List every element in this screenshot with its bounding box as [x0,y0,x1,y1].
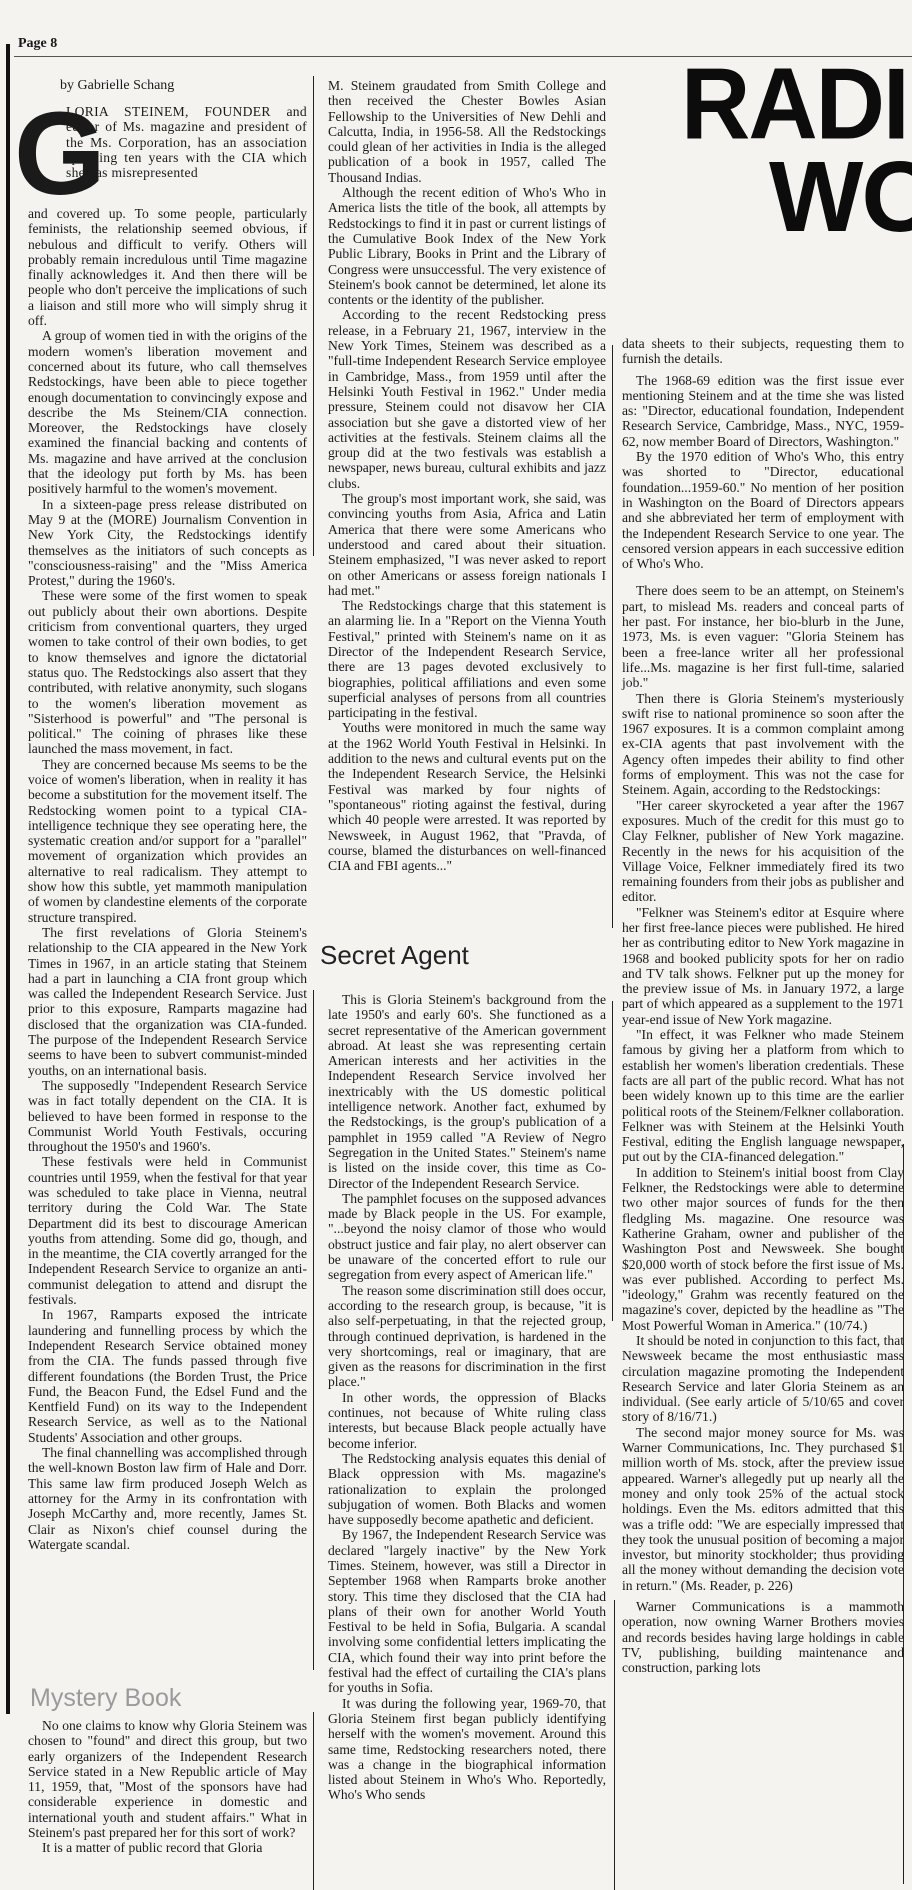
paragraph: In a sixteen-page press release distribu… [28,497,307,589]
subhead-secret-agent: Secret Agent [320,940,469,971]
paragraph: and covered up. To some people, particul… [28,206,307,328]
paragraph: It is a matter of public record that Glo… [28,1840,307,1855]
lead-paragraph: LORIA STEINEM, FOUNDER and editor of Ms.… [66,104,307,180]
paragraph: data sheets to their subjects, requestin… [622,336,904,367]
paragraph: "Felkner was Steinem's editor at Esquire… [622,905,904,1027]
paragraph: M. Steinem graudated from Smith College … [328,78,606,185]
paragraph: Although the recent edition of Who's Who… [328,185,606,307]
left-margin-rule [6,44,10,1714]
paragraph: Warner Communications is a mammoth opera… [622,1599,904,1675]
paragraph: It was during the following year, 1969-7… [328,1696,606,1803]
paragraph: The second major money source for Ms. wa… [622,1425,904,1593]
paragraph: By the 1970 edition of Who's Who, this e… [622,449,904,571]
paragraph: They are concerned because Ms seems to b… [28,757,307,925]
paragraph: These festivals were held in Communist c… [28,1154,307,1307]
column-rule [614,1600,615,1890]
paragraph: In 1967, Ramparts exposed the intricate … [28,1307,307,1445]
paragraph: This is Gloria Steinem's background from… [328,992,606,1191]
column-rule [313,76,314,556]
column-rule [612,1001,613,1321]
paragraph: A group of women tied in with the origin… [28,328,307,496]
paragraph: These were some of the first women to sp… [28,588,307,756]
page-number: Page 8 [18,36,57,52]
paragraph: "In effect, it was Felkner who made Stei… [622,1027,904,1165]
column-rule [313,1712,314,1890]
newspaper-page: Page 8 RADI WO by Gabrielle Schang G LOR… [0,0,912,1890]
headline-line-2: WO [769,150,912,244]
article-column-2: M. Steinem graudated from Smith College … [328,78,606,873]
paragraph: The reason some discrimination still doe… [328,1283,606,1390]
paragraph: No one claims to know why Gloria Steinem… [28,1718,307,1840]
paragraph: The first revelations of Gloria Steinem'… [28,925,307,1078]
headline-line-1: RADI [681,58,908,153]
paragraph: In other words, the oppression of Blacks… [328,1390,606,1451]
paragraph: The pamphlet focuses on the supposed adv… [328,1191,606,1283]
paragraph: The supposedly "Independent Research Ser… [28,1078,307,1154]
paragraph: Youths were monitored in much the same w… [328,720,606,873]
paragraph: The 1968-69 edition was the first issue … [622,373,904,449]
paragraph: Then there is Gloria Steinem's mysteriou… [622,691,904,798]
paragraph: It should be noted in conjunction to thi… [622,1333,904,1425]
column-rule [612,345,613,928]
article-column-2-continued: This is Gloria Steinem's background from… [328,992,606,1803]
subhead-mystery-book: Mystery Book [30,1684,181,1713]
paragraph: The group's most important work, she sai… [328,491,606,598]
paragraph: "Her career skyrocketed a year after the… [622,798,904,905]
paragraph: By 1967, the Independent Research Servic… [328,1527,606,1695]
column-rule [313,990,314,1670]
paragraph: According to the recent Redstocking pres… [328,307,606,491]
paragraph: In addition to Steinem's initial boost f… [622,1165,904,1333]
paragraph: The Redstockings charge that this statem… [328,598,606,720]
article-column-1: and covered up. To some people, particul… [28,206,307,1552]
article-column-1-continued: No one claims to know why Gloria Steinem… [28,1718,307,1856]
paragraph: The Redstocking analysis equates this de… [328,1451,606,1527]
lead-text: LORIA STEINEM, FOUNDER and editor of Ms.… [66,104,307,180]
paragraph: There does seem to be an attempt, on Ste… [622,583,904,690]
paragraph: The final channelling was accomplished t… [28,1445,307,1552]
article-column-3: data sheets to their subjects, requestin… [622,336,904,1676]
